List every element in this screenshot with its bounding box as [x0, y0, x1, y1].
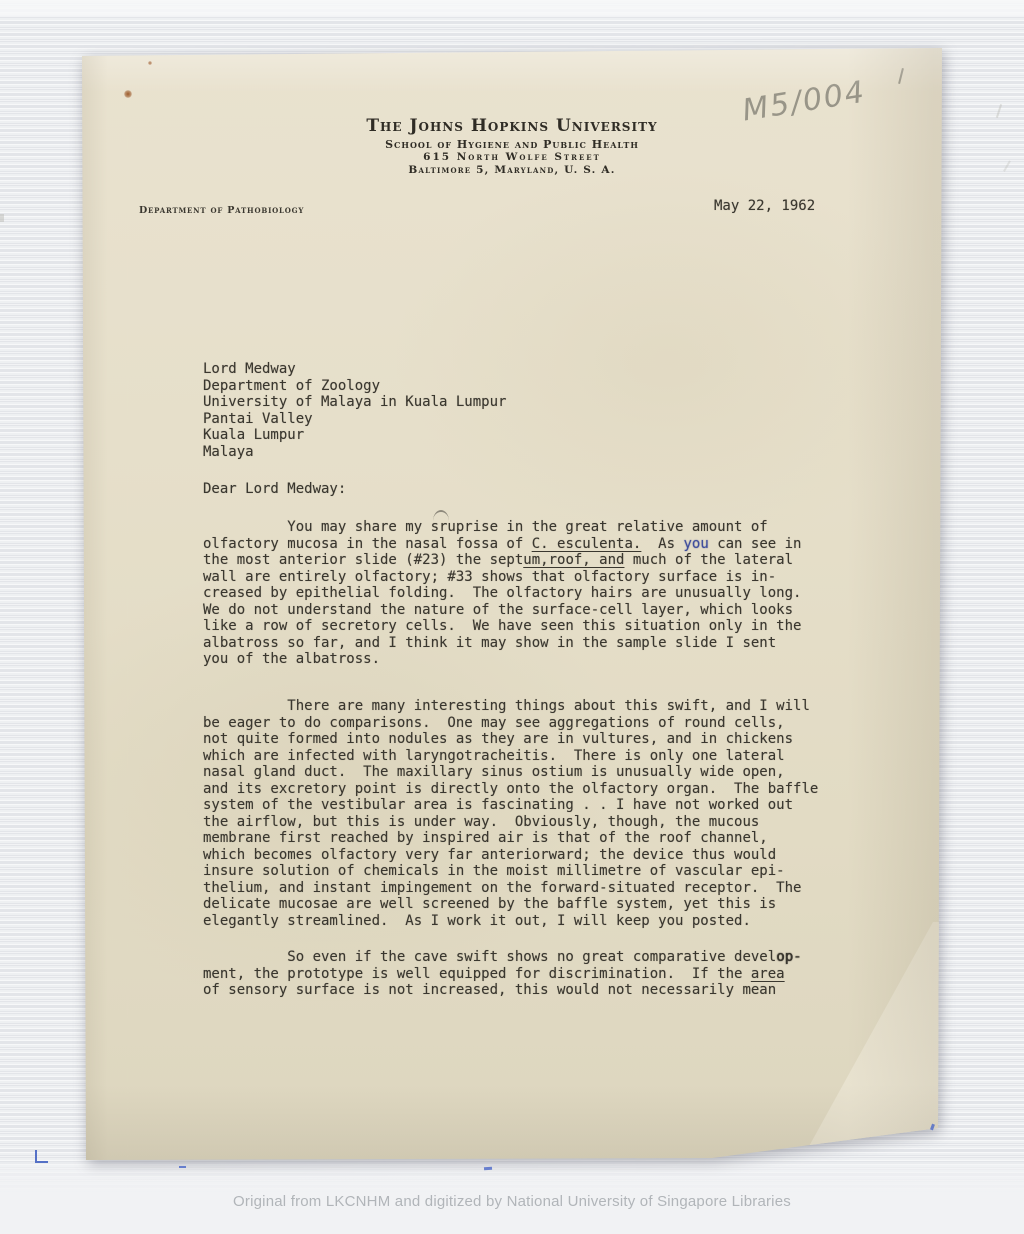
blue-ink-corner-mark	[35, 1150, 48, 1163]
text-segment: can see in	[709, 536, 802, 552]
text-line: you of the albatross.	[203, 651, 801, 668]
text-segment: There are many interesting things about …	[203, 698, 810, 714]
letter-paragraph: There are many interesting things about …	[203, 698, 818, 929]
text-line: albatross so far, and I think it may sho…	[203, 635, 801, 652]
text-segment: which are infected with laryngotracheiti…	[203, 748, 785, 764]
rust-stain	[124, 90, 132, 98]
text-segment: not quite formed into nodules as they ar…	[203, 731, 793, 747]
address-line: Lord Medway	[203, 361, 506, 378]
letter-page: The Johns Hopkins University School of H…	[82, 48, 942, 1162]
edge-speck	[0, 214, 4, 222]
letterhead-institution: The Johns Hopkins University	[82, 116, 942, 136]
scan-background: { "document": { "letterhead": { "institu…	[0, 0, 1024, 1234]
blue-ink-dash	[179, 1166, 186, 1168]
text-line: creased by epithelial folding. The olfac…	[203, 585, 801, 602]
text-segment: op-	[776, 949, 801, 965]
text-segment: albatross so far, and I think it may sho…	[203, 635, 776, 651]
address-line: Pantai Valley	[203, 411, 506, 428]
text-segment: We do not understand the nature of the s…	[203, 602, 793, 618]
letter-paragraph: So even if the cave swift shows no great…	[203, 949, 801, 999]
pencil-bg-tick	[996, 104, 1002, 118]
pencil-bg-tick	[1003, 160, 1010, 171]
text-line: wall are entirely olfactory; #33 shows t…	[203, 569, 801, 586]
text-segment: wall are entirely olfactory; #33 shows t…	[203, 569, 776, 585]
letterhead-street: 615 North Wolfe Street	[82, 151, 942, 164]
text-line: and its excretory point is directly onto…	[203, 781, 818, 798]
text-segment: You may share my sruprise in the great r…	[203, 519, 768, 535]
text-line: like a row of secretory cells. We have s…	[203, 618, 801, 635]
text-line: membrane first reached by inspired air i…	[203, 830, 818, 847]
text-line: not quite formed into nodules as they ar…	[203, 731, 818, 748]
text-line: elegantly streamlined. As I work it out,…	[203, 913, 818, 930]
text-line: be eager to do comparisons. One may see …	[203, 715, 818, 732]
text-line: olfactory mucosa in the nasal fossa of C…	[203, 536, 801, 553]
text-segment: you of the albatross.	[203, 651, 380, 667]
text-segment: nasal gland duct. The maxillary sinus os…	[203, 764, 785, 780]
text-segment: insure solution of chemicals in the mois…	[203, 863, 785, 879]
text-segment: So even if the cave swift shows no great…	[203, 949, 776, 965]
text-segment: of sensory surface is not increased, thi…	[203, 982, 776, 998]
text-segment: which becomes olfactory very far anterio…	[203, 847, 776, 863]
handwritten-caret	[433, 510, 449, 521]
text-line: We do not understand the nature of the s…	[203, 602, 801, 619]
letterhead: The Johns Hopkins University School of H…	[82, 116, 942, 177]
text-segment: thelium, and instant impingement on the …	[203, 880, 801, 896]
text-line: You may share my sruprise in the great r…	[203, 519, 801, 536]
text-segment: ment, the prototype is well equipped for…	[203, 966, 751, 982]
address-line: Department of Zoology	[203, 378, 506, 395]
text-segment: area	[751, 966, 785, 982]
rust-stain	[148, 61, 152, 65]
text-segment: C. esculenta.	[532, 536, 642, 552]
text-segment: delicate mucosae are well screened by th…	[203, 896, 776, 912]
text-segment: elegantly streamlined. As I work it out,…	[203, 913, 751, 929]
text-segment: be eager to do comparisons. One may see …	[203, 715, 785, 731]
recipient-address: Lord MedwayDepartment of ZoologyUniversi…	[203, 361, 506, 460]
text-segment: like a row of secretory cells. We have s…	[203, 618, 801, 634]
text-segment: As	[641, 536, 683, 552]
text-segment: creased by epithelial folding. The olfac…	[203, 585, 801, 601]
text-segment: olfactory mucosa in the nasal fossa of	[203, 536, 532, 552]
text-line: So even if the cave swift shows no great…	[203, 949, 801, 966]
text-line: the airflow, but this is under way. Obvi…	[203, 814, 818, 831]
pencil-page-mark	[898, 68, 904, 84]
letterhead-city: Baltimore 5, Maryland, U. S. A.	[82, 164, 942, 177]
letter-date: May 22, 1962	[714, 198, 815, 215]
text-line: the most anterior slide (#23) the septum…	[203, 552, 801, 569]
text-line: system of the vestibular area is fascina…	[203, 797, 818, 814]
letterhead-school: School of Hygiene and Public Health	[82, 138, 942, 151]
text-segment: and its excretory point is directly onto…	[203, 781, 818, 797]
address-line: University of Malaya in Kuala Lumpur	[203, 394, 506, 411]
text-line: which are infected with laryngotracheiti…	[203, 748, 818, 765]
salutation: Dear Lord Medway:	[203, 481, 346, 498]
folded-corner	[797, 922, 947, 1168]
department-label: Department of Pathobiology	[139, 205, 304, 216]
text-line: ment, the prototype is well equipped for…	[203, 966, 801, 983]
scanner-light-band-top	[0, 0, 1024, 16]
letter-paragraph: You may share my sruprise in the great r…	[203, 519, 801, 668]
text-line: delicate mucosae are well screened by th…	[203, 896, 818, 913]
text-segment: the airflow, but this is under way. Obvi…	[203, 814, 759, 830]
address-line: Kuala Lumpur	[203, 427, 506, 444]
address-line: Malaya	[203, 444, 506, 461]
text-segment: system of the vestibular area is fascina…	[203, 797, 793, 813]
text-line: insure solution of chemicals in the mois…	[203, 863, 818, 880]
text-segment: um,roof, and	[523, 552, 624, 568]
blue-ink-dash	[484, 1167, 492, 1170]
text-segment: membrane first reached by inspired air i…	[203, 830, 768, 846]
text-segment: the most anterior slide (#23) the sept	[203, 552, 523, 568]
text-line: There are many interesting things about …	[203, 698, 818, 715]
text-line: which becomes olfactory very far anterio…	[203, 847, 818, 864]
text-line: nasal gland duct. The maxillary sinus os…	[203, 764, 818, 781]
text-segment: much of the lateral	[624, 552, 793, 568]
digitization-caption: Original from LKCNHM and digitized by Na…	[0, 1193, 1024, 1210]
text-line: thelium, and instant impingement on the …	[203, 880, 818, 897]
text-segment: you	[683, 536, 708, 552]
text-line: of sensory surface is not increased, thi…	[203, 982, 801, 999]
letter-document: The Johns Hopkins University School of H…	[82, 48, 942, 1162]
